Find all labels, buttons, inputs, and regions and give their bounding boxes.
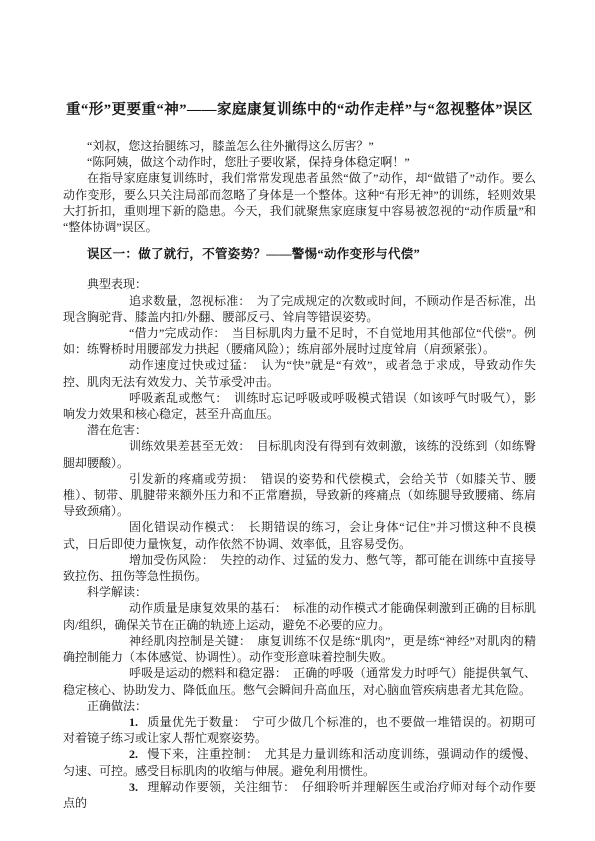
harm-label: 潜在危害： xyxy=(63,422,536,438)
dialogue-line-2: “陈阿姨，做这个动作时，您肚子要收紧，保持身体稳定啊！” xyxy=(63,154,536,170)
typical-item-1: 追求数量，忽视标准： 为了完成规定的次数或时间，不顾动作是否标准，出现含胸驼背、… xyxy=(63,293,536,325)
section-heading-misconception-1: 误区一：做了就行，不管姿势？——警惕“动作变形与代偿” xyxy=(63,246,536,262)
science-item-2: 神经肌肉控制是关键： 康复训练不仅是练“肌肉”，更是练“神经”对肌肉的精确控制能… xyxy=(63,633,536,665)
typical-item-2: “借力”完成动作： 当目标肌肉力量不足时，不自觉地用其他部位“代偿”。例如：练臀… xyxy=(63,325,536,357)
harm-item-3: 固化错误动作模式： 长期错误的练习，会让身体“记住”并习惯这种不良模式，日后即使… xyxy=(63,519,536,551)
science-item-3: 呼吸是运动的燃料和稳定器： 正确的呼吸（通常发力时呼气）能提供氧气、稳定核心、协… xyxy=(63,665,536,697)
document-page: 重“形”更要重“神”——家庭康复训练中的“动作走样”与“忽视整体”误区 “刘叔，… xyxy=(0,0,595,841)
dialogue-line-1: “刘叔，您这抬腿练习，膝盖怎么往外撇得这么厉害？” xyxy=(63,138,536,154)
harm-item-4: 增加受伤风险： 失控的动作、过猛的发力、憋气等，都可能在训练中直接导致拉伤、扭伤… xyxy=(63,552,536,584)
intro-paragraph: 在指导家庭康复训练时，我们常常发现患者虽然“做了”动作，却“做错了”动作。要么动… xyxy=(63,170,536,235)
correct-item-1: 1.质量优先于数量： 宁可少做几个标准的，也不要做一堆错误的。初期可对着镜子练习… xyxy=(63,714,536,746)
correct-item-2: 2.慢下来，注重控制： 尤其是力量训练和活动度训练，强调动作的缓慢、匀速、可控。… xyxy=(63,746,536,778)
correct-label: 正确做法： xyxy=(63,698,536,714)
document-title: 重“形”更要重“神”——家庭康复训练中的“动作走样”与“忽视整体”误区 xyxy=(63,100,536,120)
science-label: 科学解读： xyxy=(63,584,536,600)
list-number: 3. xyxy=(129,780,138,794)
typical-item-4: 呼吸紊乱或憋气： 训练时忘记呼吸或呼吸模式错误（如该呼气时吸气），影响发力效果和… xyxy=(63,390,536,422)
list-number: 1. xyxy=(129,715,138,729)
correct-item-3: 3.理解动作要领，关注细节： 仔细聆听并理解医生或治疗师对每个动作要点的 xyxy=(63,779,536,811)
typical-item-3: 动作速度过快或过猛： 认为“快”就是“有效”，或者急于求成，导致动作失控、肌肉无… xyxy=(63,357,536,389)
harm-item-1: 训练效果差甚至无效： 目标肌肉没有得到有效刺激，该练的没练到（如练臀腿却腰酸）。 xyxy=(63,438,536,470)
typical-label: 典型表现： xyxy=(63,276,536,292)
list-number: 2. xyxy=(129,747,138,761)
science-item-1: 动作质量是康复效果的基石： 标准的动作模式才能确保刺激到正确的目标肌肉/组织，确… xyxy=(63,600,536,632)
harm-item-2: 引发新的疼痛或劳损： 错误的姿势和代偿模式，会给关节（如膝关节、腰椎）、韧带、肌… xyxy=(63,471,536,520)
